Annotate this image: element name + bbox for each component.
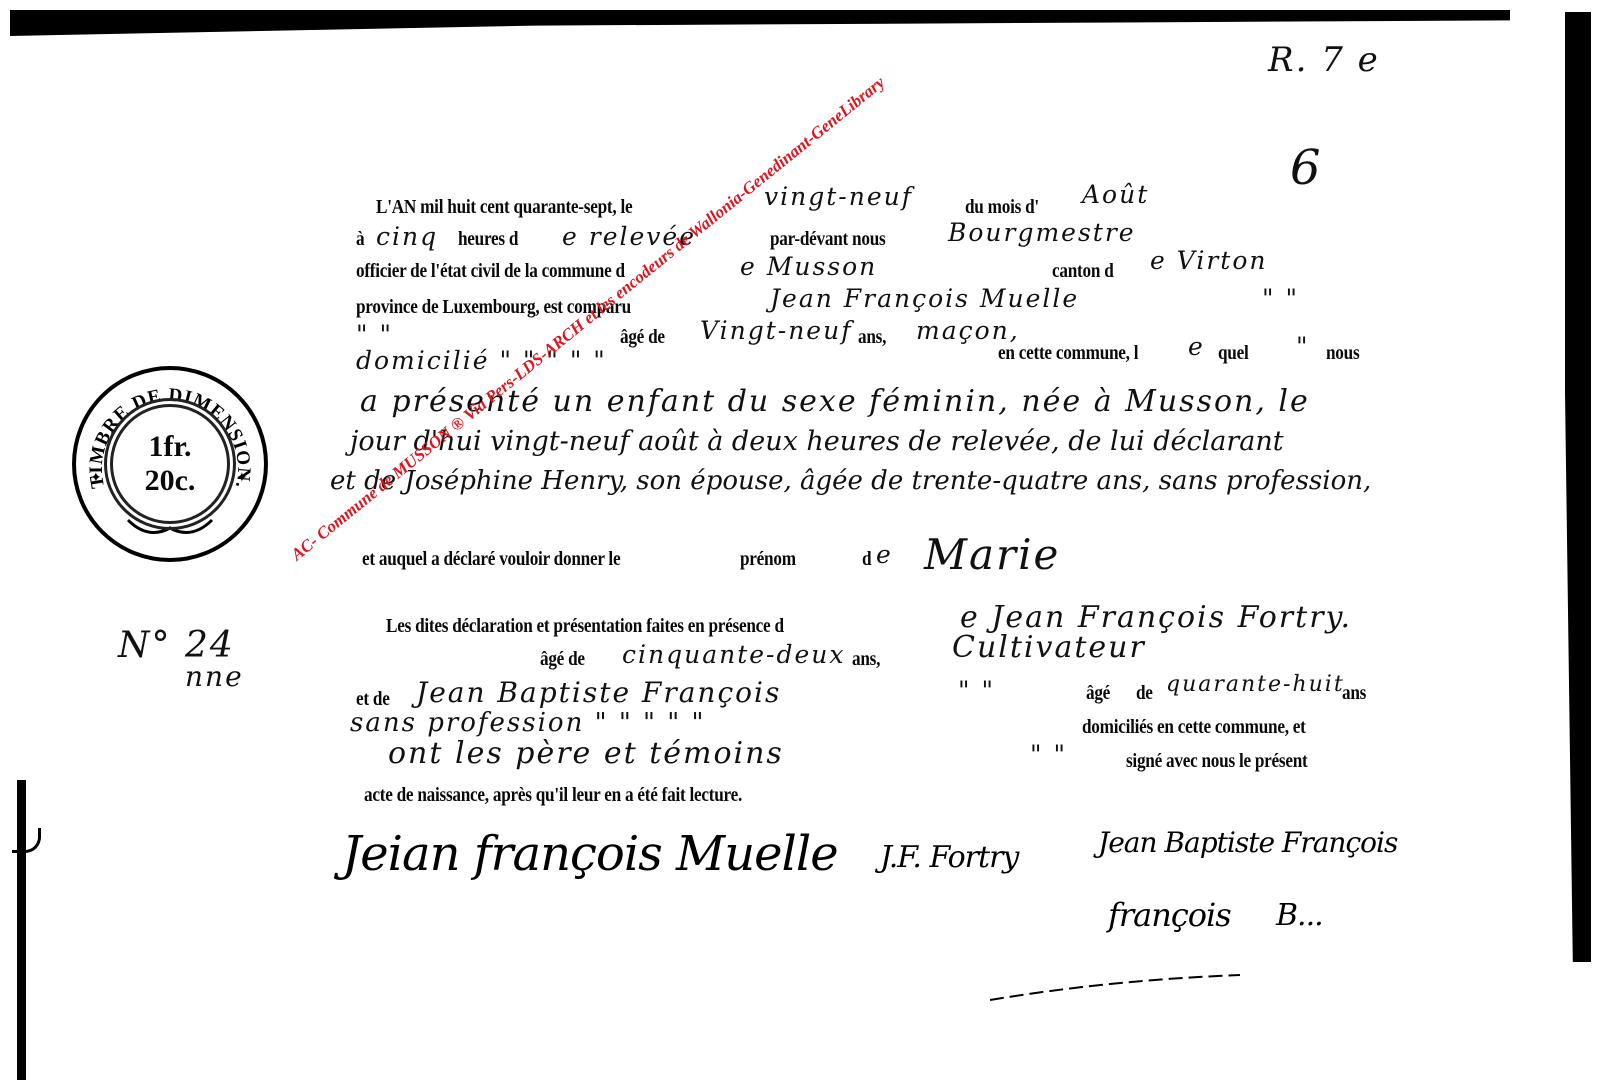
- printed-d: d: [862, 548, 871, 571]
- hand-officer-title: Bourgmestre: [948, 218, 1136, 247]
- printed-age-de: âgé de: [540, 648, 585, 671]
- signature-father: Jeian françois Muelle: [342, 826, 838, 882]
- hand-ditto-marks: " ": [958, 676, 995, 705]
- printed-declaration: Les dites déclaration et présentation fa…: [386, 615, 784, 638]
- hand-commune: e Musson: [740, 252, 877, 281]
- signature-officer: B...: [1276, 898, 1323, 933]
- hand-month: Août: [1082, 180, 1149, 209]
- top-scan-border: [10, 10, 1510, 36]
- signature-flourish-icon: [990, 960, 1260, 1010]
- stamp-value-centimes: 20c.: [76, 466, 264, 496]
- hand-canton: e Virton: [1150, 246, 1268, 275]
- printed-age: âgé: [1086, 682, 1110, 705]
- hand-child-name: Marie: [924, 530, 1060, 579]
- printed-domicilies: domiciliés en cette commune, et: [1082, 716, 1306, 739]
- hand-declarant-age: Vingt-neuf: [700, 316, 852, 345]
- hand-witness2-name: Jean Baptiste François: [416, 676, 781, 709]
- hand-ditto-marks: " ": [1030, 740, 1067, 769]
- hand-body-line-3: et de Joséphine Henry, son épouse, âgée …: [330, 466, 1371, 496]
- corner-number: 6: [1290, 140, 1323, 196]
- left-scan-border: [17, 780, 26, 1080]
- printed-canton: canton d: [1052, 260, 1114, 283]
- hand-e: e: [1188, 332, 1205, 361]
- signature-witness1: J.F. Fortry: [880, 840, 1018, 875]
- printed-de: de: [1136, 682, 1153, 705]
- printed-a: à: [356, 228, 364, 251]
- signature-witness2-line2: françois: [1108, 896, 1231, 934]
- hand-body-line-2: jour d'hui vingt-neuf août à deux heures…: [350, 426, 1284, 457]
- printed-line-year: L'AN mil huit cent quarante-sept, le: [376, 196, 632, 219]
- printed-quel: quel: [1218, 342, 1249, 365]
- printed-ans: ans,: [852, 648, 880, 671]
- printed-nous: nous: [1326, 342, 1359, 365]
- hand-ditto-marks: " ": [356, 320, 393, 349]
- hand-witness2-age: quarante-huit: [1166, 672, 1345, 697]
- hand-ditto-marks: " ": [1262, 284, 1299, 313]
- hand-ditto: ": [1296, 332, 1310, 361]
- hand-hour: cinq: [376, 222, 438, 251]
- printed-auquel: et auquel a déclaré vouloir donner le: [362, 548, 620, 571]
- hand-witness1-occupation: Cultivateur: [952, 630, 1146, 665]
- signature-witness2: Jean Baptiste François: [1098, 826, 1397, 859]
- printed-par-devant: par-dévant nous: [770, 228, 885, 251]
- printed-heures: heures d: [458, 228, 518, 251]
- printed-acte-lecture: acte de naissance, après qu'il leur en a…: [364, 784, 742, 807]
- hand-sans-profession: sans profession " " " " ": [350, 708, 705, 738]
- corner-note: R. 7 e: [1268, 40, 1380, 80]
- margin-mark: nne: [185, 660, 244, 693]
- stamp-value-francs: 1fr.: [76, 432, 264, 462]
- hand-occupation: maçon,: [916, 316, 1020, 345]
- hand-witness1-age: cinquante-deux: [622, 640, 846, 669]
- left-hook-mark: [12, 828, 41, 853]
- right-scan-border: [1565, 12, 1591, 962]
- printed-signe: signé avec nous le présent: [1126, 750, 1308, 773]
- printed-cette-commune: en cette commune, l: [998, 342, 1138, 365]
- hand-day: vingt-neuf: [764, 182, 913, 211]
- hand-signers: ont les père et témoins: [388, 736, 784, 771]
- printed-officier: officier de l'état civil de la commune d: [356, 260, 625, 283]
- hand-e: e: [876, 540, 893, 569]
- printed-prenom: prénom: [740, 548, 796, 571]
- hand-declarant-name: Jean François Muelle: [770, 284, 1079, 313]
- printed-ans: ans,: [858, 326, 886, 349]
- printed-ans: ans: [1342, 682, 1366, 705]
- printed-age-de: âgé de: [620, 326, 665, 349]
- printed-month-label: du mois d': [965, 196, 1039, 219]
- hand-domicilie: domicilié " " " " ": [356, 346, 607, 375]
- tax-stamp: TIMBRE DE DIMENSION. ✦ ✦ 1fr. 20c.: [72, 366, 268, 562]
